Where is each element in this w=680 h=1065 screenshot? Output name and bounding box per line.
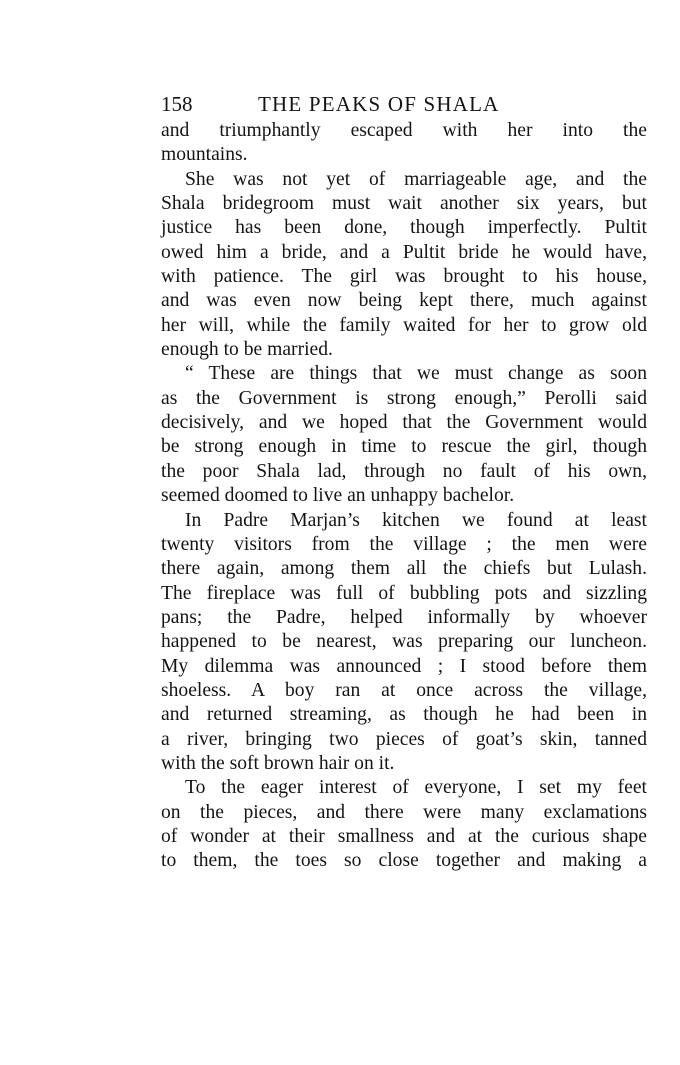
- text-line: as the Government is strong enough,” Per…: [161, 387, 647, 411]
- running-title: THE PEAKS OF SHALA: [258, 89, 500, 119]
- text-line: of wonder at their smallness and at the …: [161, 825, 647, 849]
- paragraph: She was not yet of marriageable age, and…: [161, 168, 647, 363]
- paragraph: and triumphantly escaped with her into t…: [161, 119, 647, 168]
- text-line: the poor Shala lad, through no fault of …: [161, 460, 647, 484]
- text-line: seemed doomed to live an unhappy bachelo…: [161, 484, 647, 508]
- book-page: 158 THE PEAKS OF SHALA and triumphantly …: [161, 89, 647, 874]
- text-line: In Padre Marjan’s kitchen we found at le…: [161, 509, 647, 533]
- text-line: To the eager interest of everyone, I set…: [161, 776, 647, 800]
- body-text: and triumphantly escaped with her into t…: [161, 119, 647, 874]
- text-line: justice has been done, though imperfectl…: [161, 216, 647, 240]
- text-line: Shala bridegroom must wait another six y…: [161, 192, 647, 216]
- text-line: a river, bringing two pieces of goat’s s…: [161, 728, 647, 752]
- text-line: happened to be nearest, was preparing ou…: [161, 630, 647, 654]
- text-line: enough to be married.: [161, 338, 647, 362]
- paragraph: “ These are things that we must change a…: [161, 362, 647, 508]
- text-line: be strong enough in time to rescue the g…: [161, 435, 647, 459]
- text-line: there again, among them all the chiefs b…: [161, 557, 647, 581]
- text-line: on the pieces, and there were many excla…: [161, 801, 647, 825]
- text-line: mountains.: [161, 143, 647, 167]
- text-line: and triumphantly escaped with her into t…: [161, 119, 647, 143]
- text-line: and was even now being kept there, much …: [161, 289, 647, 313]
- text-line: She was not yet of marriageable age, and…: [161, 168, 647, 192]
- text-line: owed him a bride, and a Pultit bride he …: [161, 241, 647, 265]
- paragraph: In Padre Marjan’s kitchen we found at le…: [161, 509, 647, 777]
- text-line: twenty visitors from the village ; the m…: [161, 533, 647, 557]
- page-number: 158: [161, 89, 193, 119]
- text-line: My dilemma was announced ; I stood befor…: [161, 655, 647, 679]
- text-line: shoeless. A boy ran at once across the v…: [161, 679, 647, 703]
- text-line: pans; the Padre, helped informally by wh…: [161, 606, 647, 630]
- text-line: to them, the toes so close together and …: [161, 849, 647, 873]
- text-line: her will, while the family waited for he…: [161, 314, 647, 338]
- text-line: decisively, and we hoped that the Govern…: [161, 411, 647, 435]
- text-line: “ These are things that we must change a…: [161, 362, 647, 386]
- running-header: 158 THE PEAKS OF SHALA: [161, 89, 647, 119]
- text-line: with the soft brown hair on it.: [161, 752, 647, 776]
- paragraph: To the eager interest of everyone, I set…: [161, 776, 647, 873]
- text-line: with patience. The girl was brought to h…: [161, 265, 647, 289]
- text-line: and returned streaming, as though he had…: [161, 703, 647, 727]
- text-line: The fireplace was full of bubbling pots …: [161, 582, 647, 606]
